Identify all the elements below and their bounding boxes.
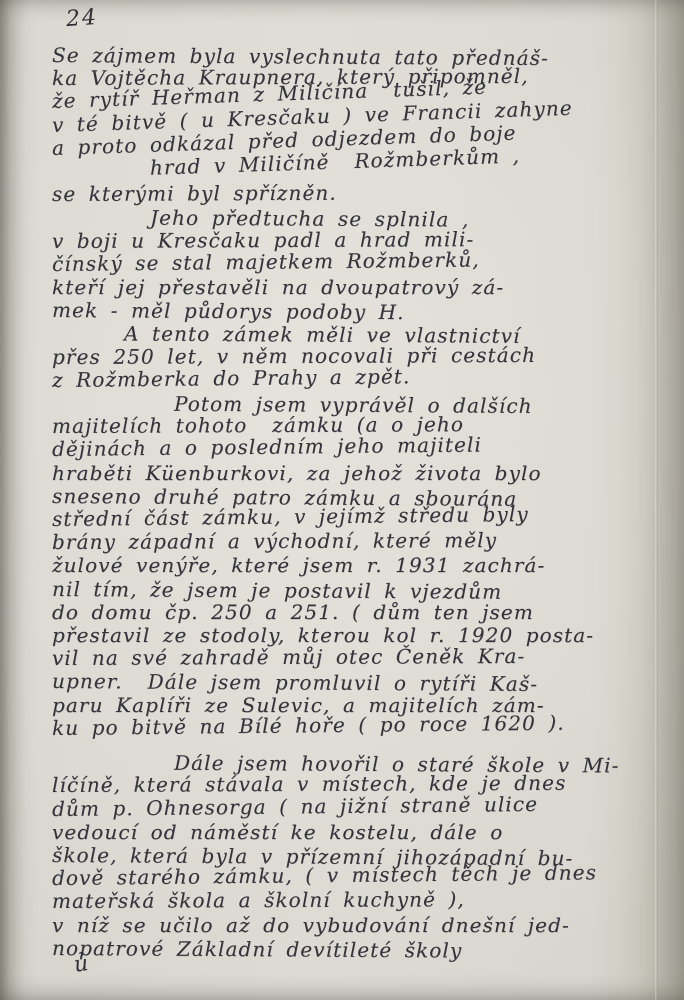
handwriting-line: mateřská škola a školní kuchyně ), (52, 888, 644, 914)
manuscript-page-photo: 24 Se zájmem byla vyslechnuta tato předn… (0, 0, 684, 1000)
handwriting-line: hraběti Küenburkovi, za jehož života byl… (52, 462, 644, 485)
handwriting-line: brány západní a východní, které měly (52, 529, 644, 555)
handwriting-line: upner. Dále jsem promluvil o rytíři Kaš- (52, 670, 644, 697)
handwriting-line: se kterými byl spřízněn. (52, 181, 644, 207)
handwriting-line: vedoucí od náměstí ke kostelu, dále o (52, 821, 644, 844)
handwriting-line: nopatrové Základní devítileté školy (52, 937, 644, 964)
handwriting-line: dějinách a o posledním jeho majiteli (52, 432, 644, 461)
page-number: 24 (65, 5, 99, 32)
handwriting-line: ku po bitvě na Bílé hoře ( po roce 1620 … (52, 711, 644, 740)
paragraph: Jeho předtucha se splnila ,v boji u Kres… (52, 206, 644, 322)
handwriting-line: vil na své zahradě můj otec Čeněk Kra- (52, 645, 644, 671)
handwriting-line: dům p. Ohnesorga ( na jižní straně ulice (52, 791, 644, 820)
handwriting-line: čínský se stal majetkem Rožmberků, (52, 247, 644, 276)
handwriting-line: nil tím, že jsem je postavil k vjezdům (52, 578, 644, 605)
handwriting-line: kteří jej přestavěli na dvoupatrový zá- (52, 276, 644, 299)
handwriting-line: do domu čp. 250 a 251. ( dům ten jsem (52, 601, 644, 624)
handwriting-line: žulové venýře, které jsem r. 1931 zachrá… (52, 554, 644, 577)
handwriting-line: dově starého zámku, ( v místech těch je … (52, 861, 644, 890)
handwriting-line: střední část zámku, v jejímž středu byly (52, 502, 644, 531)
paragraph: A tento zámek měli ve vlastnictvípřes 25… (52, 322, 644, 392)
handwriting-line: v níž se učilo až do vybudování dnešní j… (52, 914, 644, 937)
handwriting-line: z Rožmberka do Prahy a zpět. (52, 363, 644, 392)
paragraph: Dále jsem hovořil o staré škole v Mi-líč… (52, 751, 644, 960)
paragraph: Potom jsem vyprávěl o dalšíchmajitelích … (52, 392, 644, 740)
manuscript-text: Se zájmem byla vyslechnuta tato přednáš-… (52, 44, 644, 960)
paragraph: Se zájmem byla vyslechnuta tato přednáš-… (52, 44, 644, 206)
